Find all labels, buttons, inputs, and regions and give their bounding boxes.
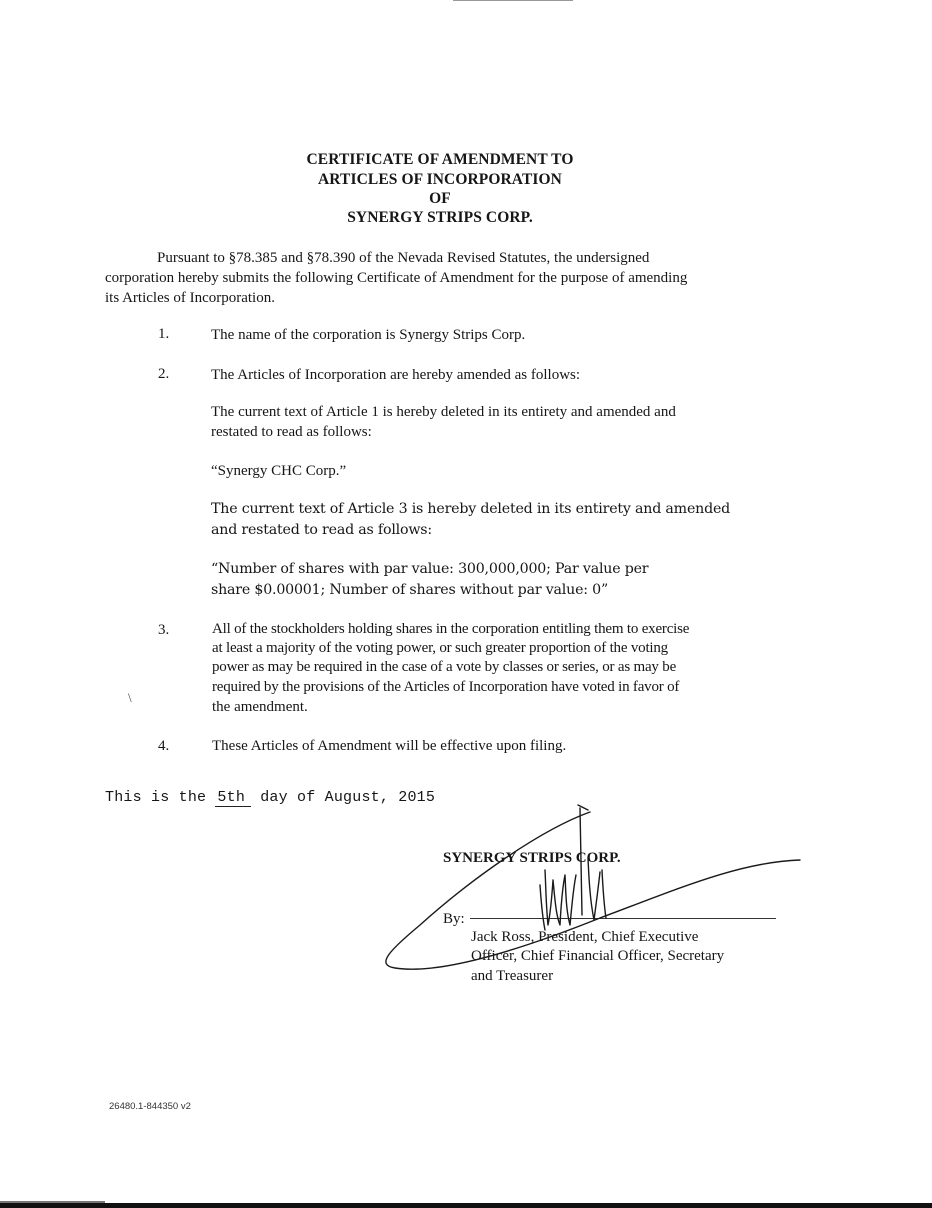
signature-corporation: SYNERGY STRIPS CORP. xyxy=(443,850,621,867)
item-4-text: These Articles of Amendment will be effe… xyxy=(212,736,566,756)
article-1-intro-line-2: restated to read as follows: xyxy=(211,422,372,442)
article-3-new-text-line-1: “Number of shares with par value: 300,00… xyxy=(211,559,648,580)
item-3-line-2: at least a majority of the voting power,… xyxy=(212,638,668,658)
article-1-intro-line-1: The current text of Article 1 is hereby … xyxy=(211,402,676,422)
item-1-number: 1. xyxy=(158,326,169,343)
preamble-line-2: corporation hereby submits the following… xyxy=(105,268,687,288)
item-1-text: The name of the corporation is Synergy S… xyxy=(211,325,525,345)
signer-line-1: Jack Ross, President, Chief Executive xyxy=(471,927,698,947)
signature-line xyxy=(470,918,776,919)
item-2-text: The Articles of Incorporation are hereby… xyxy=(211,365,580,385)
article-1-new-name: “Synergy CHC Corp.” xyxy=(211,461,346,481)
article-3-new-text-line-2: share $0.00001; Number of shares without… xyxy=(211,580,608,601)
item-3-line-1: All of the stockholders holding shares i… xyxy=(212,619,689,639)
preamble-line-3: its Articles of Incorporation. xyxy=(105,288,275,308)
item-3-line-4: required by the provisions of the Articl… xyxy=(212,677,679,697)
stray-mark: \ xyxy=(128,690,132,706)
preamble-line-1: Pursuant to §78.385 and §78.390 of the N… xyxy=(157,248,649,268)
title-line-1: CERTIFICATE OF AMENDMENT TO xyxy=(0,151,880,169)
signature-by-label: By: xyxy=(443,909,465,929)
item-4-number: 4. xyxy=(158,738,169,755)
title-line-3: OF xyxy=(0,190,880,208)
signer-line-3: and Treasurer xyxy=(471,966,553,986)
signer-line-2: Officer, Chief Financial Officer, Secret… xyxy=(471,946,724,966)
article-3-intro-line-2: and restated to read as follows: xyxy=(211,520,432,541)
item-2-number: 2. xyxy=(158,366,169,383)
item-3-line-3: power as may be required in the case of … xyxy=(212,657,676,677)
title-line-2: ARTICLES OF INCORPORATION xyxy=(0,171,880,189)
article-3-intro-line-1: The current text of Article 3 is hereby … xyxy=(211,499,730,520)
scan-artifact-bottom xyxy=(0,1203,932,1208)
document-footer-id: 26480.1-844350 v2 xyxy=(109,1101,191,1112)
item-3-number: 3. xyxy=(158,622,169,639)
scan-artifact-top xyxy=(453,0,573,1)
date-line: This is the 5th day of August, 2015 xyxy=(105,789,435,807)
title-line-4: SYNERGY STRIPS CORP. xyxy=(0,209,880,227)
item-3-line-5: the amendment. xyxy=(212,697,308,717)
date-day: 5th xyxy=(215,790,251,807)
date-prefix: This is the xyxy=(105,789,206,806)
date-suffix: day of August, 2015 xyxy=(260,789,435,806)
document-page: CERTIFICATE OF AMENDMENT TO ARTICLES OF … xyxy=(0,0,932,1208)
